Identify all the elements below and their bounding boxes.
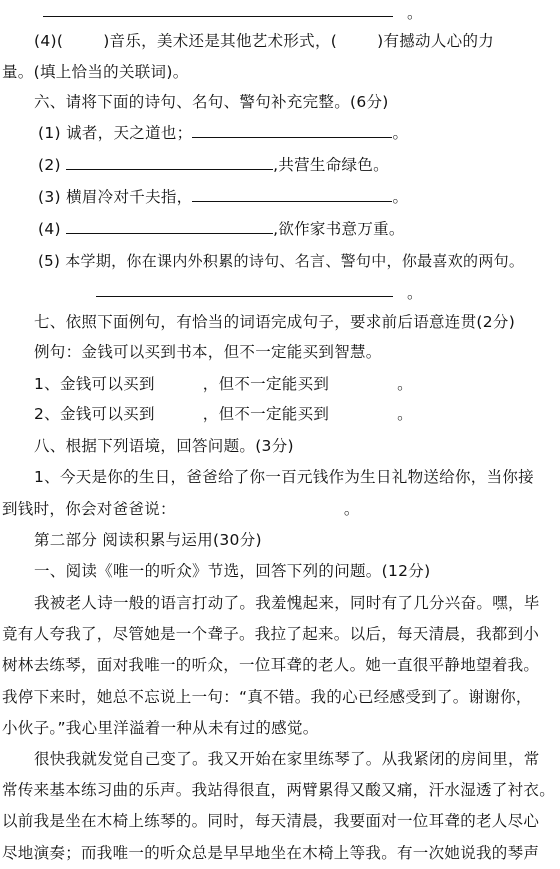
s6-item-5: (5) 本学期，你在课内外积累的诗句、名言、警句中，你最喜欢的两句。 <box>38 251 524 271</box>
passage-line: 我被老人诗一般的语言打动了。我羞愧起来，同时有了几分兴奋。嘿，毕 <box>34 593 540 613</box>
q5-4-line: (4)()音乐，美术还是其他艺术形式，()有撼动人心的力 <box>34 31 494 51</box>
s6-item-2-suffix: ,共营生命绿色。 <box>273 156 389 174</box>
s6-item-1-prefix: (1) 诚者，天之道也； <box>38 124 192 142</box>
answer-blank[interactable] <box>192 123 392 138</box>
s6-item-3: (3) 横眉冷对千夫指，。 <box>38 187 408 207</box>
passage-line: 以前我是坐在木椅上练琴的。同时，每天清晨，我要面对一位耳聋的老人尽心 <box>2 811 539 831</box>
q5-4-cont: 量。(填上恰当的关联词)。 <box>2 62 189 82</box>
passage-line: 树林去练琴，面对我唯一的听众，一位耳聋的老人。她一直很平静地望着我。 <box>2 655 539 675</box>
section8-title: 八、根据下列语境，回答问题。(3分) <box>34 436 294 456</box>
answer-blank[interactable] <box>66 155 273 170</box>
s8-q1-line2: 到钱时，你会对爸爸说：。 <box>2 499 360 519</box>
s7-item-2: 2、金钱可以买到，但不一定能买到。 <box>34 404 413 424</box>
q5-4-label: (4)( <box>34 32 63 50</box>
s7-item-2-a: 2、金钱可以买到 <box>34 405 155 423</box>
passage-line: 小伙子。”我心里洋溢着一种从未有过的感觉。 <box>2 718 319 738</box>
s7-item-2-b: ，但不一定能买到 <box>203 405 329 423</box>
s6-item-3-prefix: (3) 横眉冷对千夫指， <box>38 188 192 206</box>
passage-line: 尽地演奏；而我唯一的听众总是早早地坐在木椅上等我。有一次她说我的琴声 <box>2 843 539 863</box>
q5-4-mid1: )音乐，美术还是其他艺术形式，( <box>103 32 337 50</box>
passage-line: 竟有人夸我了，尽管她是一个聋子。我拉了起来。以后，每天清晨，我都到小 <box>2 624 539 644</box>
s7-item-2-c: 。 <box>397 405 413 423</box>
s6-item-1-suffix: 。 <box>392 124 408 142</box>
period: 。 <box>407 283 423 303</box>
s6-item-4-prefix: (4) <box>38 220 66 238</box>
section7-example: 例句：金钱可以买到书本，但不一定能买到智慧。 <box>34 342 382 362</box>
s6-item-3-suffix: 。 <box>392 188 408 206</box>
s6-item-4-suffix: ,欲作家书意万重。 <box>273 220 405 238</box>
s7-item-1-c: 。 <box>397 375 413 393</box>
section6-title: 六、请将下面的诗句、名句、警句补充完整。(6分) <box>34 92 389 112</box>
answer-line-top[interactable] <box>43 16 393 17</box>
s8-q1-prompt: 到钱时，你会对爸爸说： <box>2 500 176 518</box>
part2-title: 第二部分 阅读积累与运用(30分) <box>34 530 262 550</box>
s6-item-2-prefix: (2) <box>38 156 66 174</box>
s7-item-1: 1、金钱可以买到，但不一定能买到。 <box>34 374 413 394</box>
passage-line: 常传来基本练习曲的乐声。我站得很直，两臂累得又酸又痛，汗水湿透了衬衣。 <box>2 780 555 800</box>
s6-item-1: (1) 诚者，天之道也；。 <box>38 123 408 143</box>
section7-title: 七、依照下面例句，有恰当的词语完成句子，要求前后语意连贯(2分) <box>34 312 515 332</box>
s6-item-2: (2) ,共营生命绿色。 <box>38 155 389 175</box>
s8-q1-line1: 1、今天是你的生日，爸爸给了你一百元钱作为生日礼物送给你，当你接 <box>34 467 534 487</box>
passage-line: 我停下来时，她总不忘说上一句：“真不错。我的心已经感受到了。谢谢你， <box>2 687 532 707</box>
s7-item-1-a: 1、金钱可以买到 <box>34 375 155 393</box>
q5-4-mid2: )有撼动人心的力 <box>377 32 494 50</box>
period: 。 <box>407 3 423 23</box>
answer-line-s6-5[interactable] <box>96 296 393 297</box>
period: 。 <box>344 500 360 518</box>
answer-blank[interactable] <box>192 187 392 202</box>
s6-item-4: (4) ,欲作家书意万重。 <box>38 219 405 239</box>
answer-blank[interactable] <box>66 219 273 234</box>
passage-line: 很快我就发觉自己变了。我又开始在家里练琴了。从我紧闭的房间里，常 <box>34 749 540 769</box>
reading1-title: 一、阅读《唯一的听众》节选，回答下列的问题。(12分) <box>34 561 430 581</box>
s7-item-1-b: ，但不一定能买到 <box>203 375 329 393</box>
